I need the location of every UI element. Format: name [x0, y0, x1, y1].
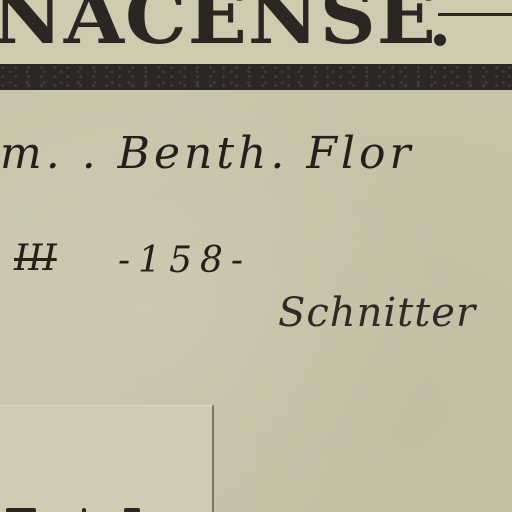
ink-mark: [124, 508, 140, 512]
ink-mark: [82, 508, 86, 512]
handwritten-roman-numeral: III: [14, 238, 57, 279]
handwritten-collector-name: Schnitter: [278, 290, 476, 336]
thick-rule-divider: [0, 64, 512, 90]
handwritten-number: -158-: [118, 240, 251, 281]
printed-header: NACENSE: [0, 0, 512, 64]
header-dash: [438, 13, 512, 16]
partial-printed-text-bottom: [0, 506, 220, 512]
header-period: [434, 34, 446, 46]
ink-mark: [6, 508, 36, 512]
handwritten-reference-line: m. . Benth. Flor: [0, 128, 415, 179]
pasted-label-patch: [0, 405, 214, 512]
specimen-sheet: NACENSE m. . Benth. Flor III -158- Schni…: [0, 0, 512, 512]
header-title-fragment: NACENSE: [0, 0, 437, 61]
